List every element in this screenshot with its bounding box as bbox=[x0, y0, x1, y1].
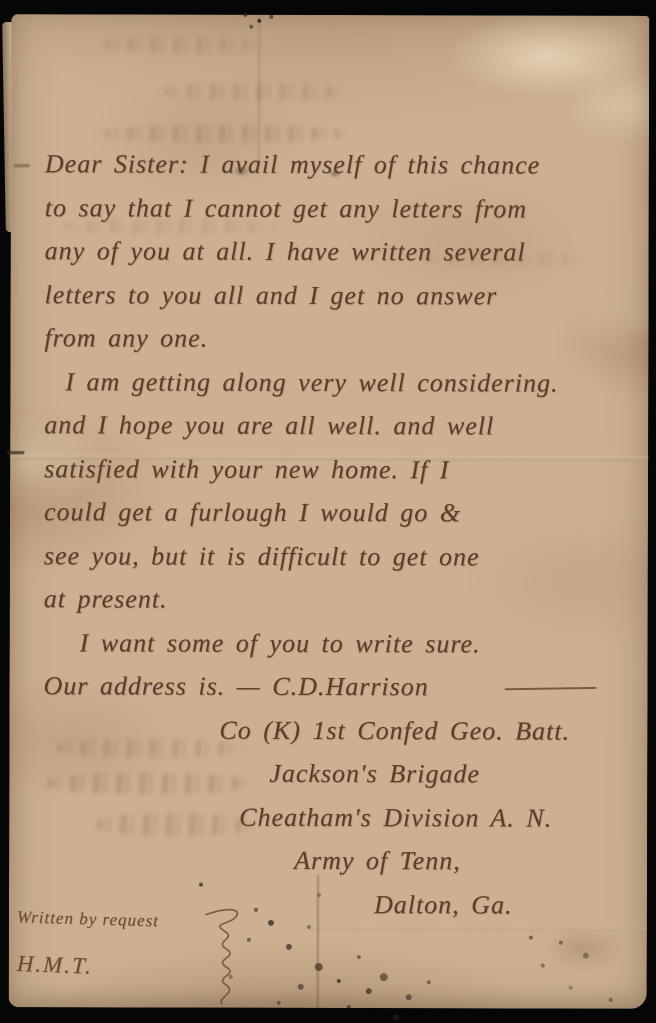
letter-page: Dear Sister: I avail myself of this chan… bbox=[9, 14, 650, 1009]
letter-line: and I hope you are all well. and well bbox=[44, 403, 634, 448]
letter-line: I want some of you to write sure. bbox=[44, 621, 634, 666]
scribe-initials: H.M.T. bbox=[16, 951, 93, 980]
letter-line: to say that I cannot get any letters fro… bbox=[45, 186, 635, 231]
bleedthrough-text bbox=[161, 83, 346, 101]
crease-edge-mark bbox=[7, 451, 24, 454]
foxing-speckles bbox=[529, 936, 533, 940]
letter-line: satisfied with your new home. If I bbox=[44, 447, 634, 492]
bleedthrough-text bbox=[101, 36, 256, 53]
letter-line: at present. bbox=[44, 577, 634, 622]
letter-line: from any one. bbox=[44, 316, 634, 361]
crease-edge-mark bbox=[14, 164, 30, 167]
letter-line: Dear Sister: I avail myself of this chan… bbox=[45, 142, 635, 187]
address-line: Cheatham's Division A. N. bbox=[43, 795, 633, 840]
written-by-request-note: Written by request bbox=[17, 907, 160, 931]
address-line: Jackson's Brigade bbox=[43, 751, 633, 796]
letter-line: see you, but it is difficult to get one bbox=[44, 534, 634, 579]
scan-frame: Dear Sister: I avail myself of this chan… bbox=[0, 0, 656, 1023]
address-line: Co (K) 1st Confed Geo. Batt. bbox=[43, 708, 633, 753]
bleedthrough-text bbox=[101, 124, 346, 143]
address-line: Army of Tenn, bbox=[43, 838, 633, 883]
fold-crease-horizontal-lower bbox=[309, 927, 647, 931]
foxing-speckles bbox=[243, 13, 247, 17]
letter-line: could get a furlough I would go & bbox=[44, 490, 634, 535]
letter-line: letters to you all and I get no answer bbox=[45, 273, 635, 318]
letter-line: any of you at all. I have written severa… bbox=[45, 229, 635, 274]
letter-line: I am getting along very well considering… bbox=[44, 360, 634, 405]
flourish-squiggle-icon bbox=[202, 901, 250, 1009]
letter-body: Dear Sister: I avail myself of this chan… bbox=[43, 142, 635, 927]
